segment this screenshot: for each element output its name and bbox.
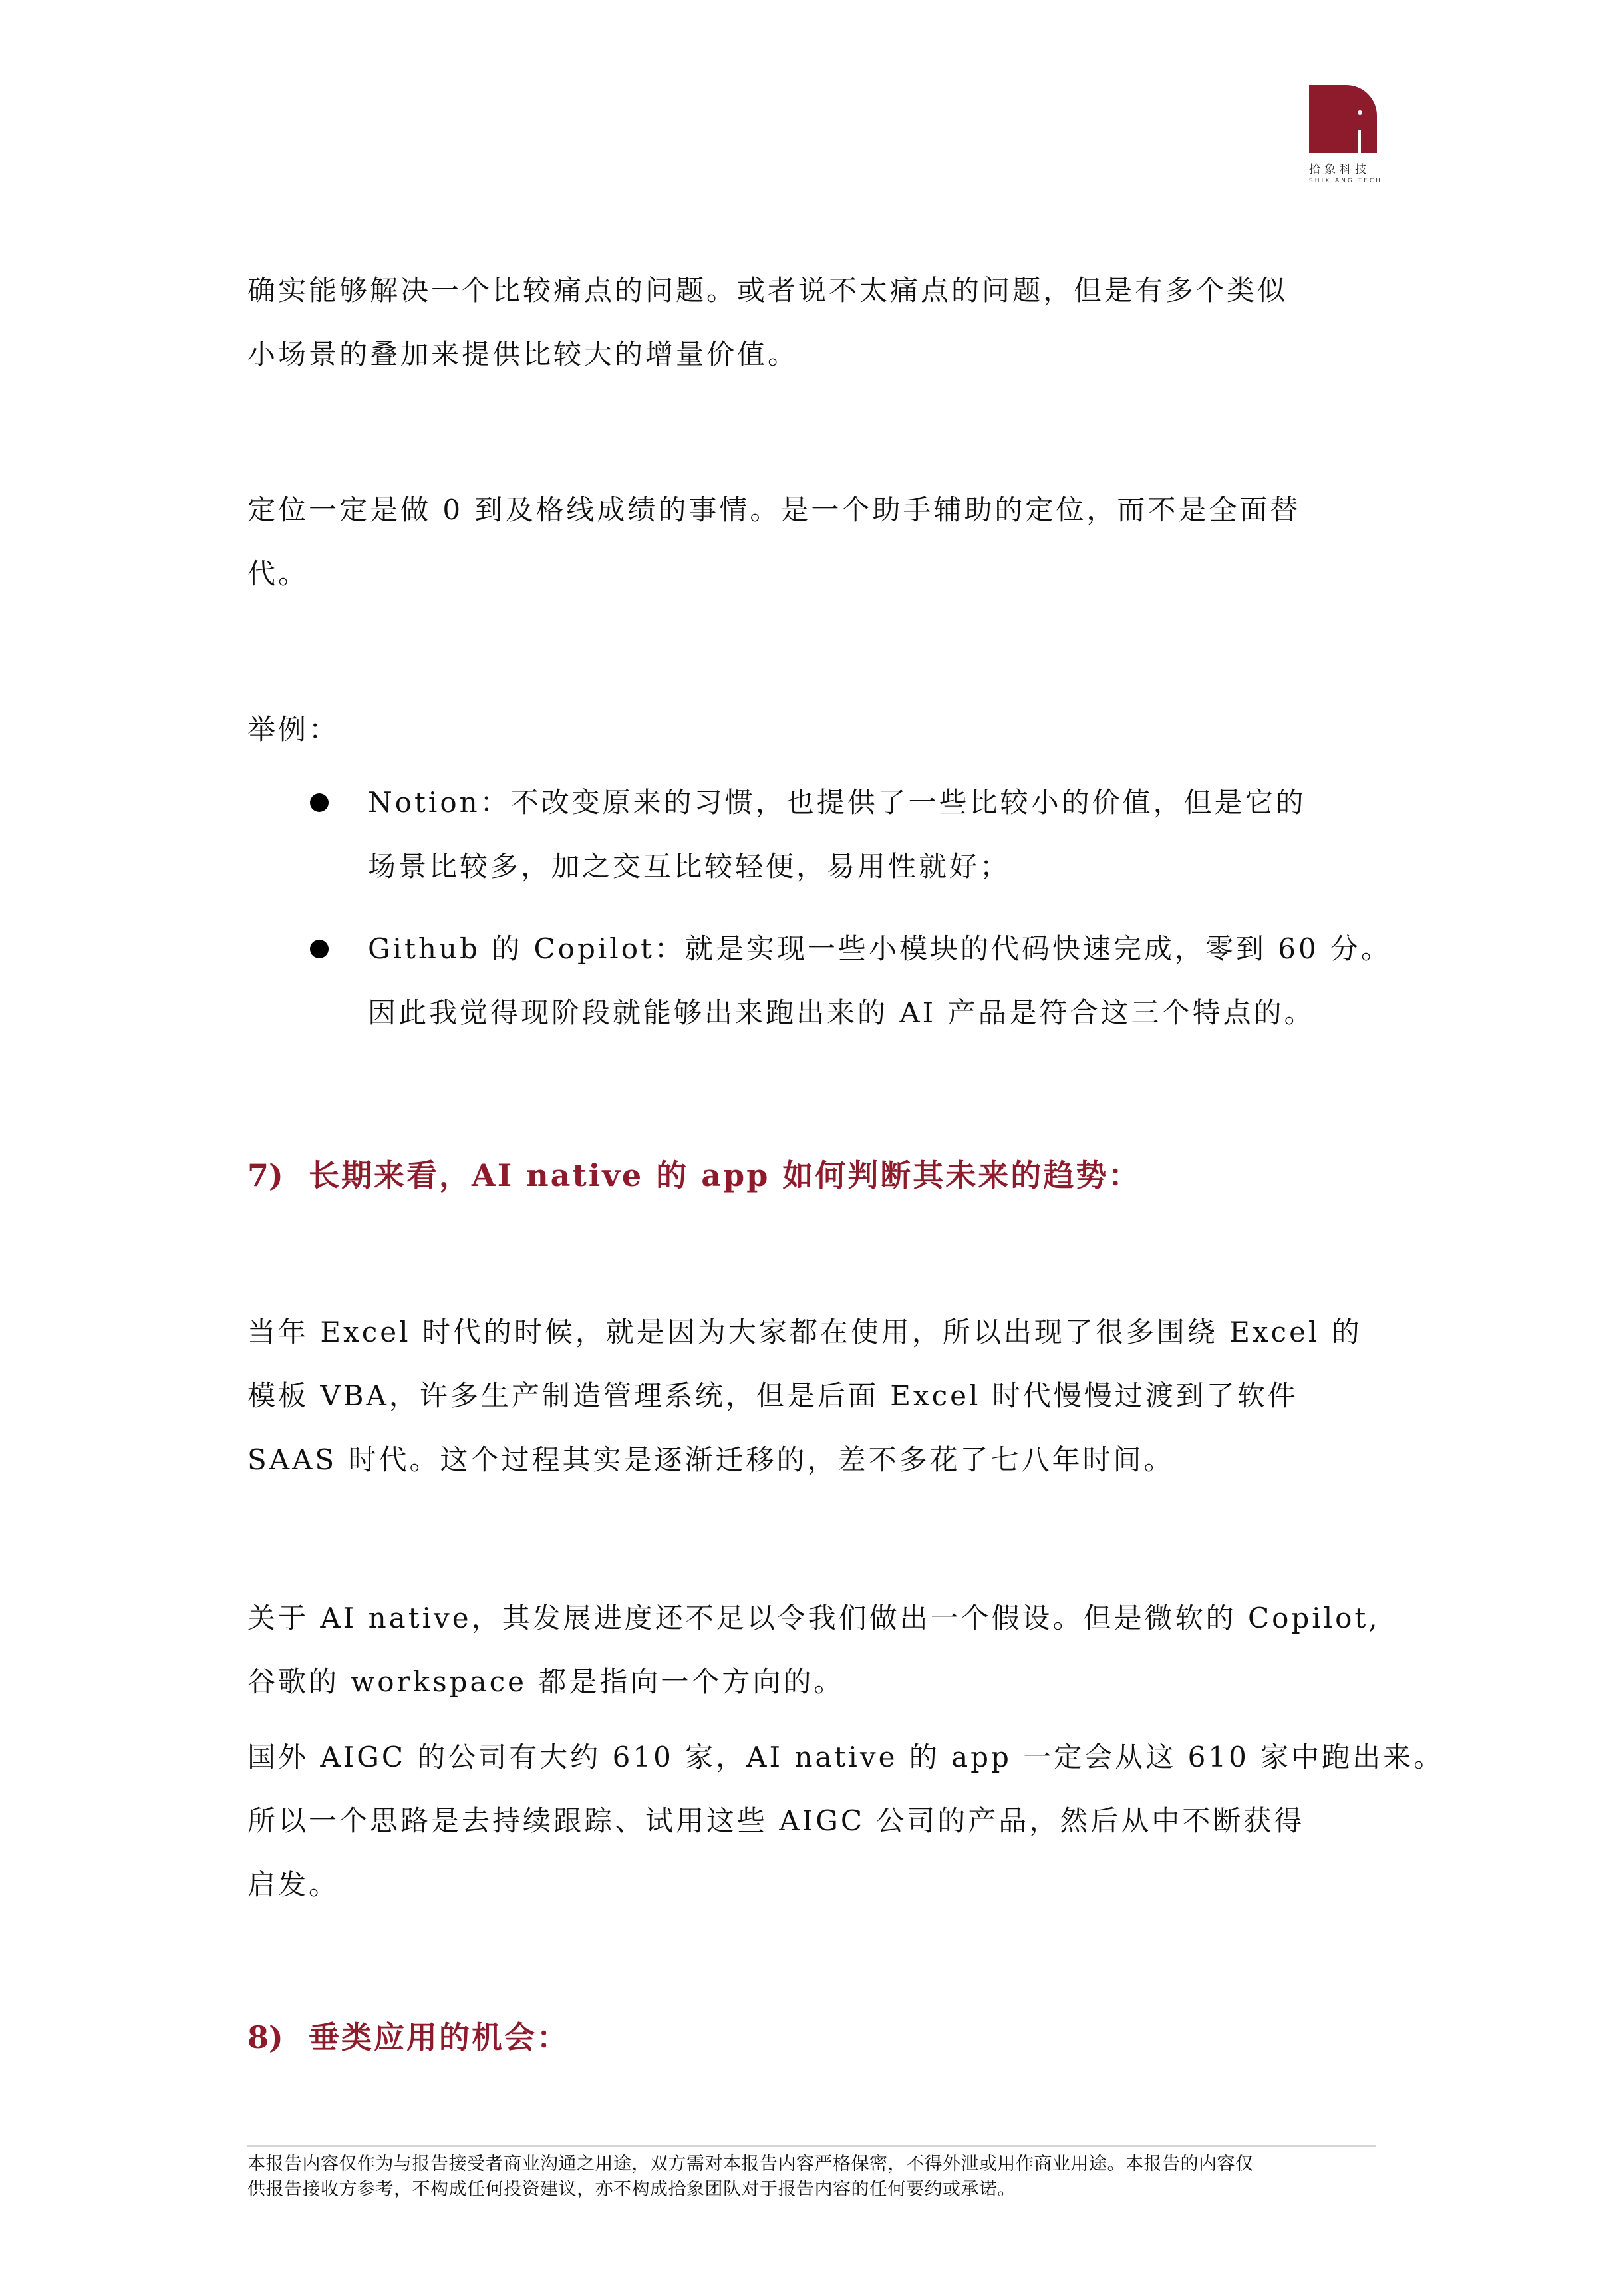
elephant-logo-icon [1309,85,1377,153]
footer-line: 本报告内容仅作为与报告接受者商业沟通之用途，双方需对本报告内容严格保密，不得外泄… [247,2152,1254,2176]
logo-name-cn: 拾象科技 [1309,160,1380,176]
section-number: 7) [247,1157,309,1193]
text-line: 国外 AIGC 的公司有大约 610 家，AI native 的 app 一定会… [247,1741,1444,1774]
examples-label: 举例： [247,713,339,746]
text-line: 模板 VBA，许多生产制造管理系统，但是后面 Excel 时代慢慢过渡到了软件 [247,1379,1298,1413]
text-line: SAAS 时代。这个过程其实是逐渐迁移的，差不多花了七八年时间。 [247,1443,1175,1477]
footer-line: 供报告接收方参考，不构成任何投资建议，亦不构成拾象团队对于报告内容的任何要约或承… [247,2178,1016,2202]
section-title: 垂类应用的机会： [309,2019,569,2055]
text-line: 代。 [247,557,309,591]
text-line: Notion：不改变原来的习惯，也提供了一些比较小的价值，但是它的 [368,786,1306,819]
text-line: 定位一定是做 0 到及格线成绩的事情。是一个助手辅助的定位，而不是全面替 [247,494,1300,527]
logo-name-en: SHIXIANG TECH [1309,178,1380,184]
bullet-icon [310,940,329,958]
section-number: 8) [247,2019,309,2055]
section-heading-8: 8)垂类应用的机会： [247,2019,569,2055]
text-line: 小场景的叠加来提供比较大的增量价值。 [247,338,798,371]
section-title: 长期来看，AI native 的 app 如何判断其未来的趋势： [309,1157,1141,1193]
text-line: 关于 AI native，其发展进度还不足以令我们做出一个假设。但是微软的 Co… [247,1602,1380,1635]
text-line: 启发。 [247,1868,339,1902]
logo-trunk [1358,130,1361,153]
text-line: 当年 Excel 时代的时候，就是因为大家都在使用，所以出现了很多围绕 Exce… [247,1316,1362,1349]
section-heading-7: 7)长期来看，AI native 的 app 如何判断其未来的趋势： [247,1157,1141,1193]
bullet-icon [310,793,329,812]
footer-divider [247,2145,1376,2147]
text-line: 确实能够解决一个比较痛点的问题。或者说不太痛点的问题，但是有多个类似 [247,274,1288,307]
text-line: 谷歌的 workspace 都是指向一个方向的。 [247,1665,844,1699]
logo-eye [1358,110,1362,115]
text-line: 因此我觉得现阶段就能够出来跑出来的 AI 产品是符合这三个特点的。 [368,996,1315,1030]
text-line: 场景比较多，加之交互比较轻便，易用性就好； [368,850,1010,883]
text-line: Github 的 Copilot：就是实现一些小模块的代码快速完成，零到 60 … [368,933,1392,966]
brand-logo: 拾象科技 SHIXIANG TECH [1309,85,1380,184]
text-line: 所以一个思路是去持续跟踪、试用这些 AIGC 公司的产品，然后从中不断获得 [247,1804,1304,1838]
